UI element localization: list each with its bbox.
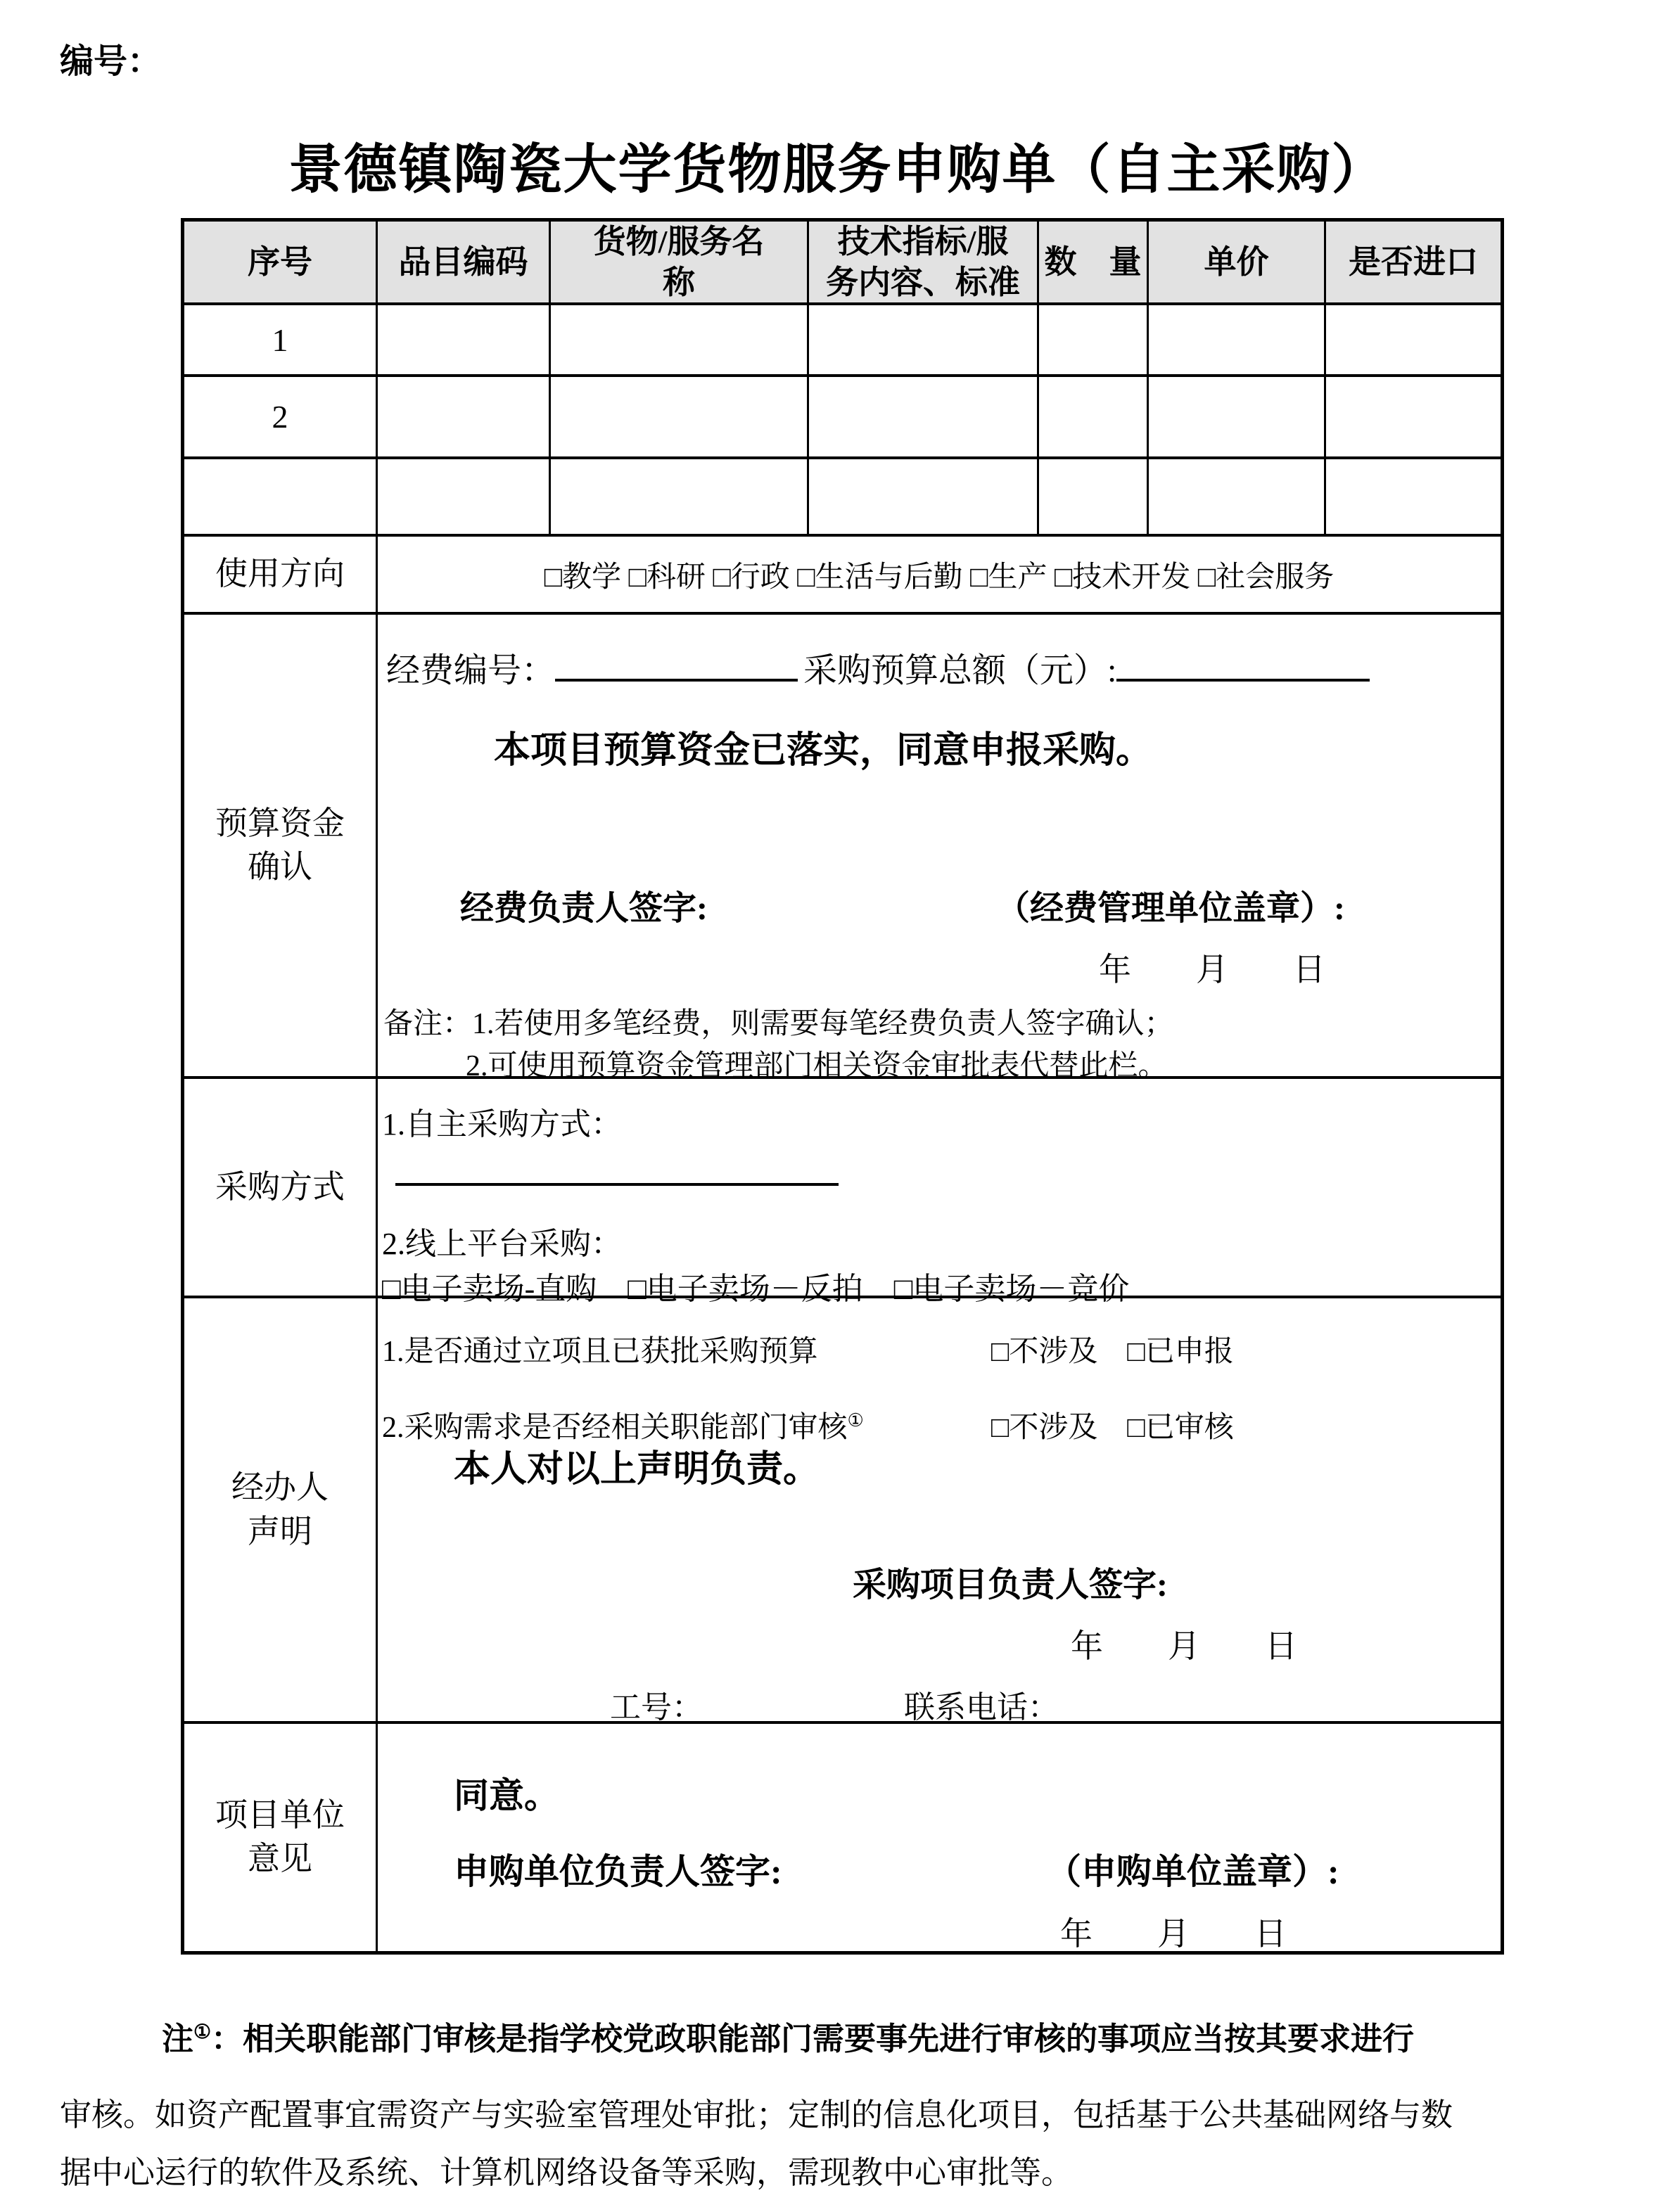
- budget-label: 预算资金 确认: [183, 613, 377, 1078]
- footnote: 注①：相关职能部门审核是指学校党政职能部门需要事先进行审核的事项应当按其要求进行…: [60, 2013, 1618, 2192]
- declaration-statement: 本人对以上声明负责。: [454, 1439, 820, 1492]
- declaration-label: 经办人 声明: [183, 1297, 377, 1722]
- fund-number-label: 经费编号：: [386, 652, 555, 689]
- col-header-imported: 是否进口: [1325, 220, 1503, 305]
- requisition-table: 序号 品目编码 货物/服务名 称 技术指标/服 务内容、标准 数 量 单价 是否…: [181, 218, 1504, 1955]
- unit-opinion-content: 同意。 申购单位负责人签字: （申购单位盖章）: 年 月 日: [377, 1722, 1503, 1952]
- doc-number-label: 编号：: [60, 34, 161, 82]
- declaration-item-1-options: □不涉及 □已申报: [991, 1328, 1234, 1370]
- cell-item-code: [377, 458, 550, 535]
- footnote-line-1-text: ：相关职能部门审核是指学校党政职能部门需要事先进行审核的事项应当按其要求进行: [211, 2021, 1414, 2057]
- fund-number-line: 经费编号：采购预算总额（元）:: [386, 643, 1370, 691]
- method-content: 1.自主采购方式： 2.线上平台采购： □电子卖场-直购 □电子卖场－反拍 □电…: [377, 1078, 1503, 1297]
- declaration-item-2-options: □不涉及 □已审核: [991, 1404, 1234, 1446]
- table-row: 2: [183, 376, 1503, 458]
- table-header-row: 序号 品目编码 货物/服务名 称 技术指标/服 务内容、标准 数 量 单价 是否…: [183, 220, 1503, 305]
- method-item-1: 1.自主采购方式：: [382, 1099, 622, 1144]
- footnote-ref-icon: ①: [848, 1410, 864, 1431]
- usage-label: 使用方向: [183, 535, 377, 613]
- project-lead-sign-label: 采购项目负责人签字:: [853, 1557, 1168, 1606]
- col-header-goods-name: 货物/服务名 称: [550, 220, 808, 305]
- unit-lead-sign-label: 申购单位负责人签字:: [454, 1843, 782, 1894]
- table-row: [183, 458, 1503, 535]
- col-header-unit-price: 单价: [1148, 220, 1325, 305]
- fund-unit-stamp-label: （经费管理单位盖章）:: [996, 881, 1345, 929]
- declaration-date-label: 年 月 日: [1071, 1620, 1297, 1667]
- footnote-line-3: 据中心运行的软件及系统、计算机网络设备等采购，需现教中心审批等。: [60, 2153, 1618, 2192]
- cell-unit-price: [1148, 376, 1325, 458]
- method-row: 采购方式 1.自主采购方式： 2.线上平台采购： □电子卖场-直购 □电子卖场－…: [183, 1078, 1503, 1297]
- cell-imported: [1325, 304, 1503, 376]
- usage-row: 使用方向 □教学 □科研 □行政 □生活与后勤 □生产 □技术开发 □社会服务: [183, 535, 1503, 613]
- budget-total-label: 采购预算总额（元）:: [803, 652, 1116, 689]
- cell-spec: [808, 304, 1038, 376]
- footnote-prefix: 注: [162, 2021, 193, 2057]
- purchase-requisition-form: 编号： 景德镇陶瓷大学货物服务申购单（自主采购） 序号 品目编码 货物/服务名 …: [0, 0, 1675, 2212]
- fund-manager-sign-label: 经费负责人签字:: [460, 881, 708, 929]
- table-row: 1: [183, 304, 1503, 376]
- cell-imported: [1325, 458, 1503, 535]
- usage-options: □教学 □科研 □行政 □生活与后勤 □生产 □技术开发 □社会服务: [378, 554, 1501, 596]
- cell-spec: [808, 376, 1038, 458]
- cell-qty: [1038, 458, 1148, 535]
- budget-content: 经费编号：采购预算总额（元）: 本项目预算资金已落实，同意申报采购。 经费负责人…: [377, 613, 1503, 1078]
- cell-goods-name: [550, 304, 808, 376]
- unit-stamp-label: （申购单位盖章）:: [1046, 1843, 1339, 1894]
- cell-spec: [808, 458, 1038, 535]
- method-item-2: 2.线上平台采购：: [382, 1218, 622, 1263]
- cell-item-code: [377, 304, 550, 376]
- declaration-content: 1.是否通过立项且已获批采购预算 □不涉及 □已申报 2.采购需求是否经相关职能…: [377, 1297, 1503, 1722]
- unit-opinion-row: 项目单位 意见 同意。 申购单位负责人签字: （申购单位盖章）: 年 月 日: [183, 1722, 1503, 1952]
- budget-date-label: 年 月 日: [1099, 944, 1325, 990]
- row-number: [183, 458, 377, 535]
- agree-text: 同意。: [454, 1767, 559, 1818]
- budget-row: 预算资金 确认 经费编号：采购预算总额（元）: 本项目预算资金已落实，同意申报采…: [183, 613, 1503, 1078]
- budget-total-blank: [1116, 645, 1370, 682]
- col-header-spec: 技术指标/服 务内容、标准: [808, 220, 1038, 305]
- cell-qty: [1038, 304, 1148, 376]
- cell-goods-name: [550, 376, 808, 458]
- usage-content: □教学 □科研 □行政 □生活与后勤 □生产 □技术开发 □社会服务: [377, 535, 1503, 613]
- staff-id-label: 工号：: [610, 1682, 703, 1727]
- col-header-item-code: 品目编码: [377, 220, 550, 305]
- cell-imported: [1325, 376, 1503, 458]
- row-number: 2: [183, 376, 377, 458]
- declaration-row: 经办人 声明 1.是否通过立项且已获批采购预算 □不涉及 □已申报 2.采购需求…: [183, 1297, 1503, 1722]
- method-blank-line: [395, 1183, 839, 1186]
- col-header-qty: 数 量: [1038, 220, 1148, 305]
- unit-opinion-date-label: 年 月 日: [1060, 1908, 1287, 1955]
- cell-qty: [1038, 376, 1148, 458]
- form-title: 景德镇陶瓷大学货物服务申购单（自主采购）: [0, 127, 1675, 203]
- footnote-line-1: 注①：相关职能部门审核是指学校党政职能部门需要事先进行审核的事项应当按其要求进行: [60, 2013, 1618, 2059]
- row-number: 1: [183, 304, 377, 376]
- cell-unit-price: [1148, 458, 1325, 535]
- cell-goods-name: [550, 458, 808, 535]
- unit-opinion-label: 项目单位 意见: [183, 1722, 377, 1952]
- budget-note-1: 备注：1.若使用多笔经费，则需要每笔经费负责人签字确认；: [383, 1000, 1174, 1042]
- phone-label: 联系电话：: [904, 1682, 1059, 1727]
- cell-item-code: [377, 376, 550, 458]
- method-label: 采购方式: [183, 1078, 377, 1297]
- footnote-marker-icon: ①: [193, 2021, 211, 2043]
- footnote-line-2: 审核。如资产配置事宜需资产与实验室管理处审批；定制的信息化项目，包括基于公共基础…: [60, 2095, 1618, 2135]
- cell-unit-price: [1148, 304, 1325, 376]
- fund-number-blank: [555, 645, 798, 682]
- budget-statement: 本项目预算资金已落实，同意申报采购。: [494, 720, 1152, 773]
- declaration-item-1: 1.是否通过立项且已获批采购预算: [382, 1328, 818, 1370]
- col-header-seq: 序号: [183, 220, 377, 305]
